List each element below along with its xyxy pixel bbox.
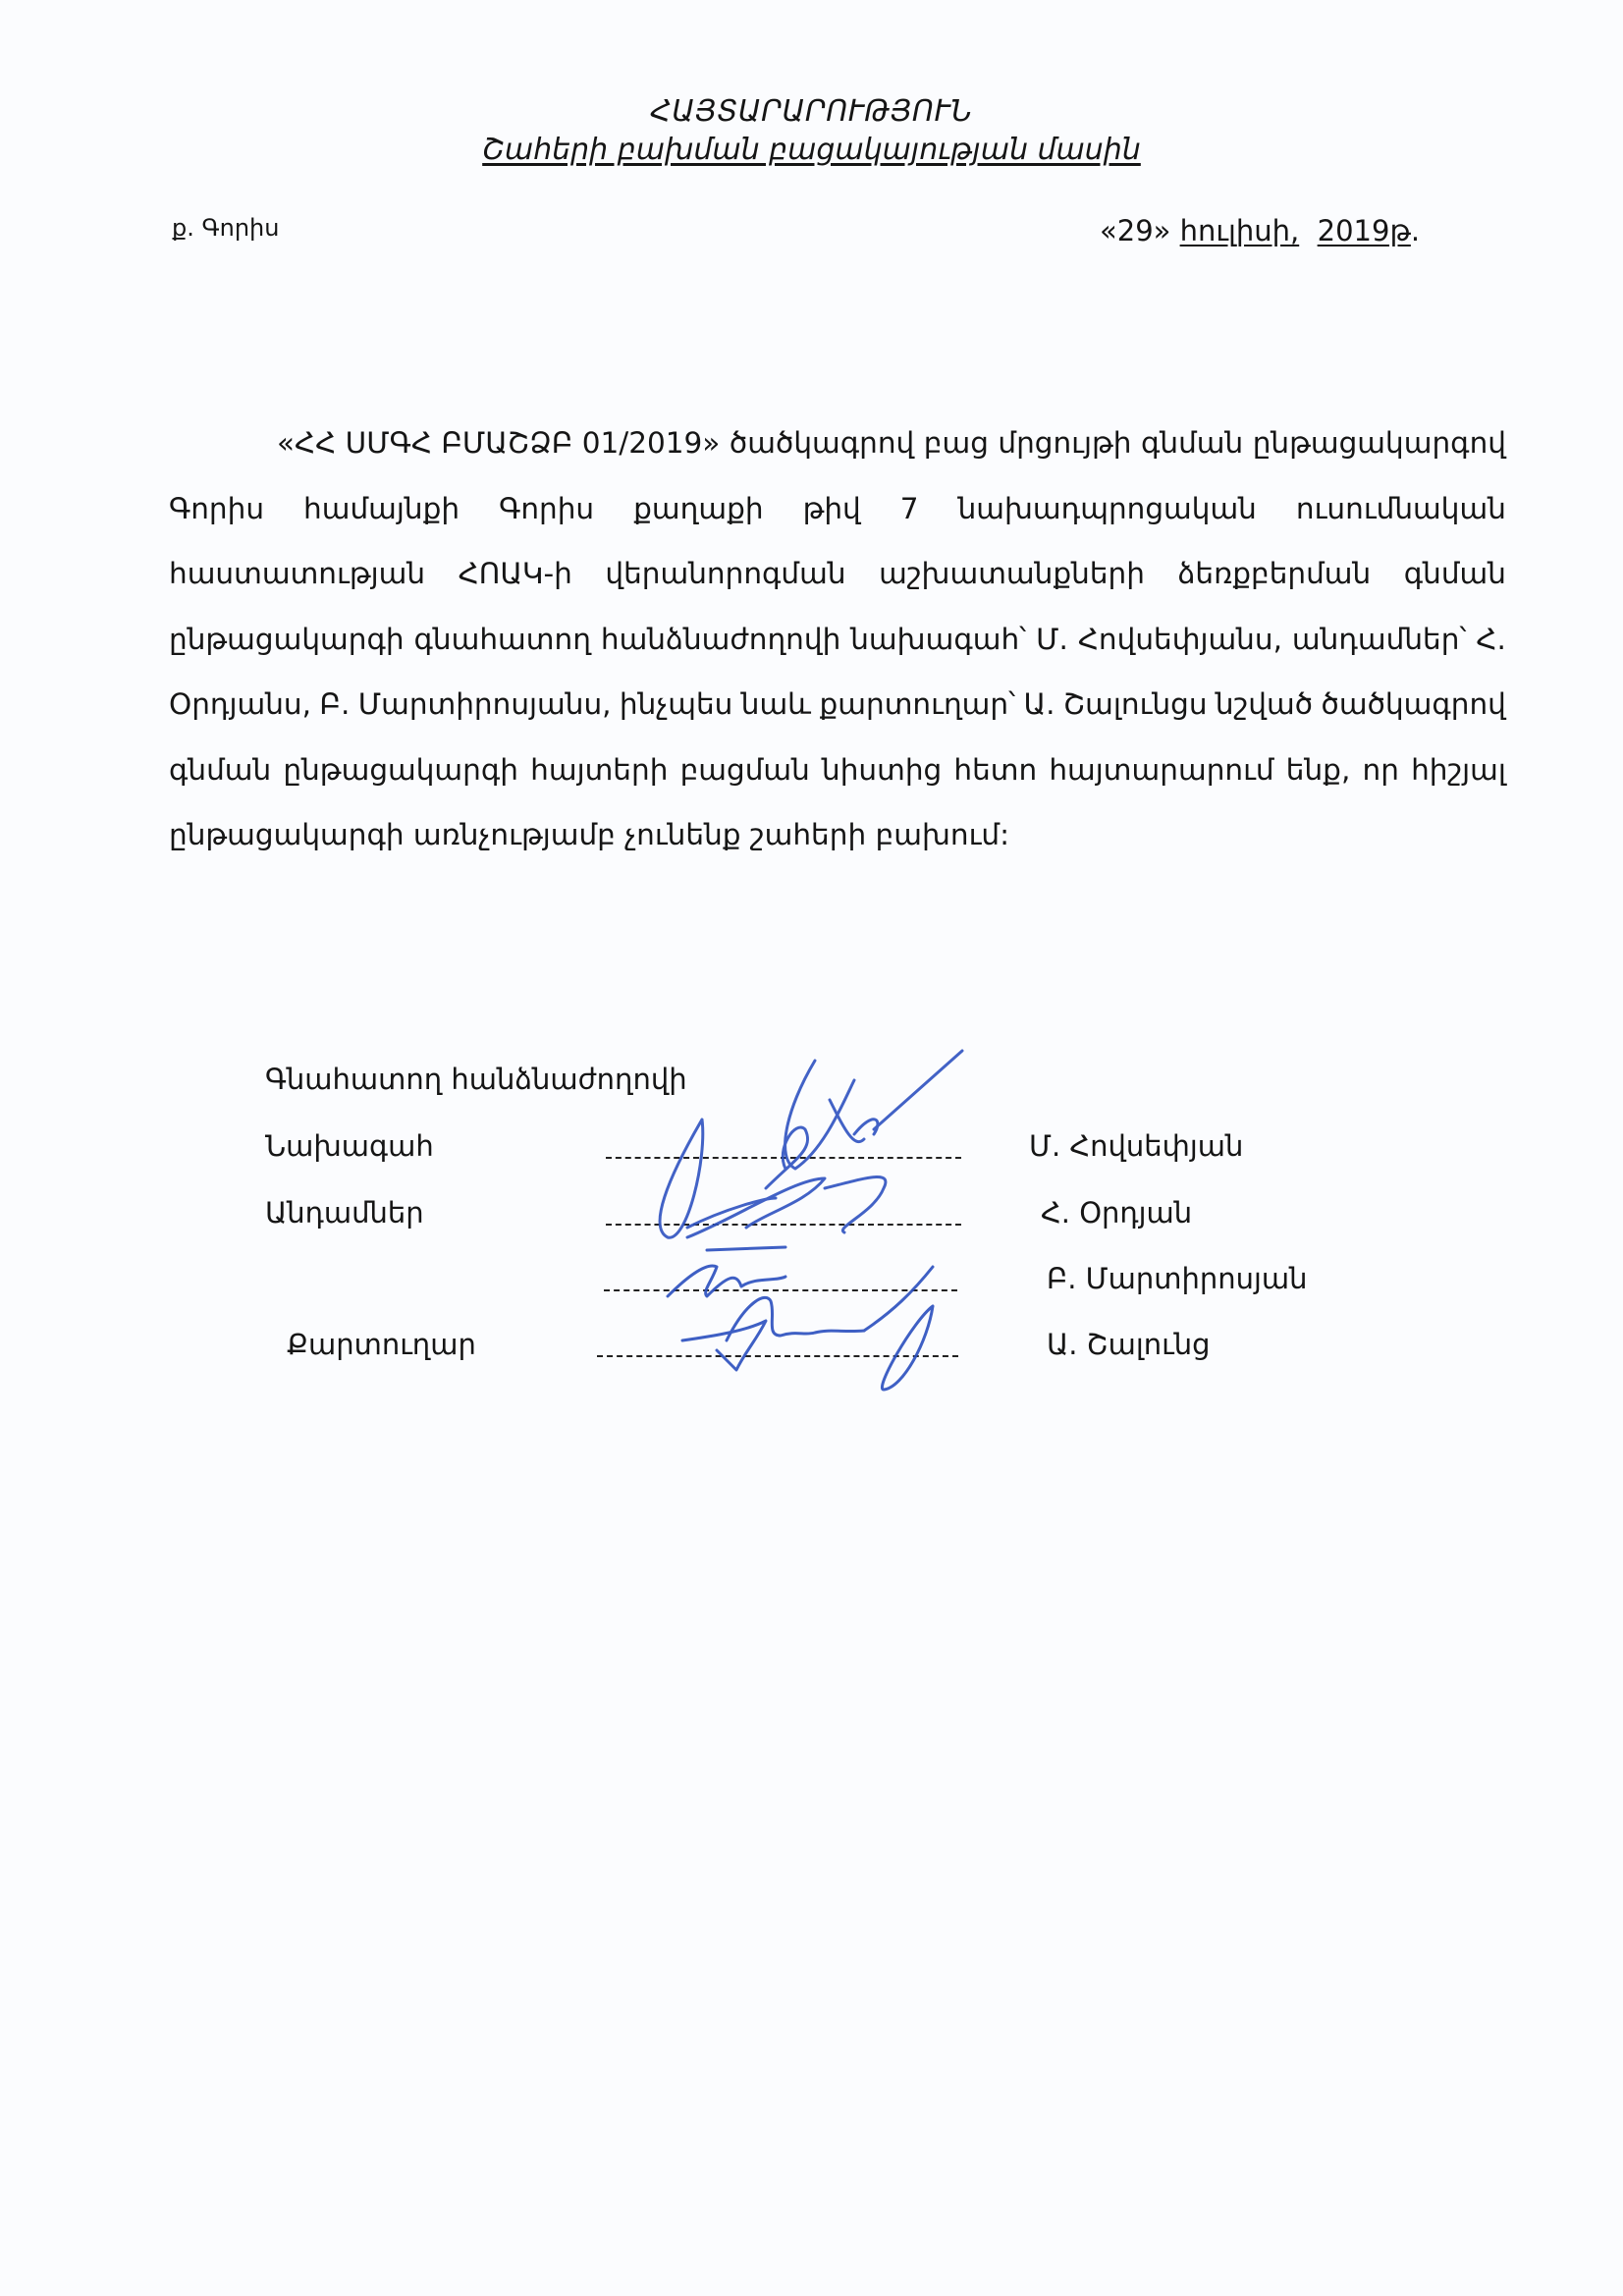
committee-label: Գնահատող հանձնաժողովի [265,1063,687,1096]
body-line-5: Օրդյանս, Բ. Մարտիրոսյանս, ինչպես նաև քար… [169,672,1506,738]
signatory-name: Հ. Օրդյան [1041,1196,1192,1230]
signature-role: Անդամներ [265,1196,424,1230]
body-line-1: «ՀՀ ՍՄԳՀ ԲՄԱՇՁԲ 01/2019» ծածկագրով բաց մ… [169,410,1506,476]
body-line-7: ընթացակարգի առնչությամբ չունենք շահերի բ… [169,802,1506,868]
date-year: 2019թ [1318,214,1411,247]
signature-role: Նախագահ [265,1129,434,1163]
document-title: ՀԱՅՏԱՐԱՐՈՒԹՅՈՒՆ [0,94,1623,129]
document-date: «29» հուլիսի, 2019թ. [1100,214,1420,247]
signature-members-icon [658,1242,972,1399]
signatory-name: Բ. Մարտիրոսյան [1047,1262,1308,1295]
signatory-name: Ա. Շալունց [1047,1328,1210,1361]
body-line-4: ընթացակարգի գնահատող հանձնաժողովի նախագա… [169,607,1506,673]
place-of-issue: ք. Գորիս [172,214,279,242]
signature-chair-icon [628,1041,1001,1257]
date-suffix: . [1411,214,1420,247]
document-page: ՀԱՅՏԱՐԱՐՈՒԹՅՈՒՆ Շահերի բախման բացակայութ… [0,0,1623,2296]
date-month: հուլիսի, [1180,214,1300,247]
signatory-name: Մ. Հովսեփյան [1029,1129,1243,1163]
date-day: «29» [1100,214,1170,247]
body-line-6: գնման ընթացակարգի հայտերի բացման նիստից … [169,738,1506,803]
document-subtitle: Շահերի բախման բացակայության մասին [0,133,1623,167]
declaration-body: «ՀՀ ՍՄԳՀ ԲՄԱՇՁԲ 01/2019» ծածկագրով բաց մ… [169,410,1506,868]
body-line-2: Գորիս համայնքի Գորիս քաղաքի թիվ 7 նախադպ… [169,476,1506,542]
body-line-3: հաստատության ՀՈԱԿ-ի վերանորոգման աշխատան… [169,541,1506,607]
signature-role: Քարտուղար [287,1328,476,1361]
